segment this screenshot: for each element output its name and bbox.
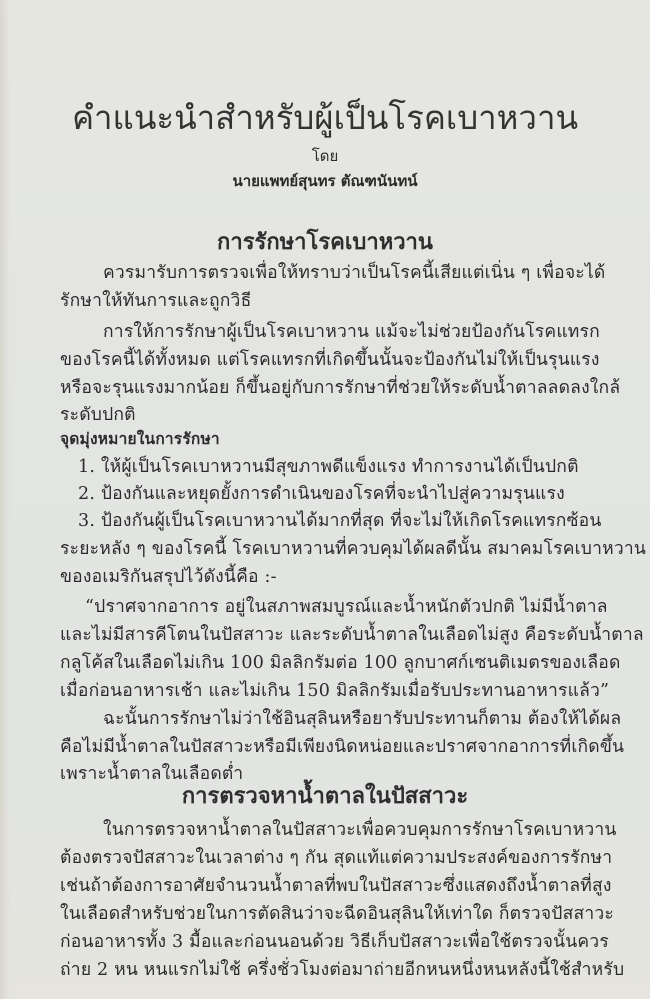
by-label: โดย <box>0 146 650 166</box>
text-line: ของอเมริกันสรุปไว้ดังนี้คือ :- <box>60 566 277 588</box>
book-page: คำแนะนำสำหรับผู้เป็นโรคเบาหวาน โดย นายแพ… <box>0 0 650 999</box>
text-line: เช่นถ้าต้องการอาศัยจำนวนน้ำตาลที่พบในปัส… <box>60 875 612 897</box>
text-line: คือไม่มีน้ำตาลในปัสสาวะหรือมีเพียงนิดหน่… <box>60 736 624 758</box>
text-line: ถ่าย 2 หน หนแรกไม่ใช้ ครึ่งชั่วโมงต่อมาถ… <box>60 959 624 981</box>
text-line: ในเลือดสำหรับช่วยในการตัดสินว่าจะฉีดอินส… <box>60 903 614 925</box>
quote-line: และไม่มีสารคีโตนในปัสสาวะ และระดับน้ำตาล… <box>60 624 644 646</box>
text-line: การให้การรักษาผู้เป็นโรคเบาหวาน แม้จะไม่… <box>103 321 600 343</box>
text-line: ระดับปกติ <box>60 404 136 426</box>
quote-line: “ปราศจากอาการ อยู่ในสภาพสมบูรณ์และน้ำหนั… <box>85 596 608 618</box>
document-title: คำแนะนำสำหรับผู้เป็นโรคเบาหวาน <box>0 96 650 140</box>
section-heading-urine-test: การตรวจหาน้ำตาลในปัสสาวะ <box>0 781 650 811</box>
goal-item: 3. ป้องกันผู้เป็นโรคเบาหวานได้มากที่สุด … <box>78 510 602 532</box>
goal-item: 1. ให้ผู้เป็นโรคเบาหวานมีสุขภาพดีแข็งแรง… <box>78 456 579 478</box>
quote-line: กลูโค้สในเลือดไม่เกิน 100 มิลลิกรัมต่อ 1… <box>60 652 621 674</box>
section-heading-treatment: การรักษาโรคเบาหวาน <box>0 227 650 257</box>
text-line: ก่อนอาหารทั้ง 3 มื้อและก่อนนอนด้วย วิธีเ… <box>60 931 609 953</box>
author-name: นายแพทย์สุนทร ตัณฑนันทน์ <box>0 171 650 191</box>
text-line: ต้องตรวจปัสสาวะในเวลาต่าง ๆ กัน สุดแท้แต… <box>60 847 612 869</box>
text-line: ระยะหลัง ๆ ของโรคนี้ โรคเบาหวานที่ควบคุม… <box>60 538 646 560</box>
text-line: ควรมารับการตรวจเพื่อให้ทราบว่าเป็นโรคนี้… <box>103 262 605 284</box>
text-line: หรือจะรุนแรงมากน้อย ก็ขึ้นอยู่กับการรักษ… <box>60 377 620 399</box>
goal-item: 2. ป้องกันและหยุดยั้งการดำเนินของโรคที่จ… <box>78 483 565 505</box>
text-line: รักษาให้ทันการและถูกวิธี <box>60 290 251 312</box>
goals-subheading: จุดมุ่งหมายในการรักษา <box>60 428 220 450</box>
quote-line: เมื่อก่อนอาหารเช้า และไม่เกิน 150 มิลลิก… <box>60 680 609 702</box>
text-line: ในการตรวจหาน้ำตาลในปัสสาวะเพื่อควบคุมการ… <box>103 819 617 841</box>
text-line: ของโรคนี้ได้ทั้งหมด แต่โรคแทรกที่เกิดขึ้… <box>60 349 600 371</box>
text-line: ฉะนั้นการรักษาไม่ว่าใช้อินสุลินหรือยารับ… <box>103 708 621 730</box>
